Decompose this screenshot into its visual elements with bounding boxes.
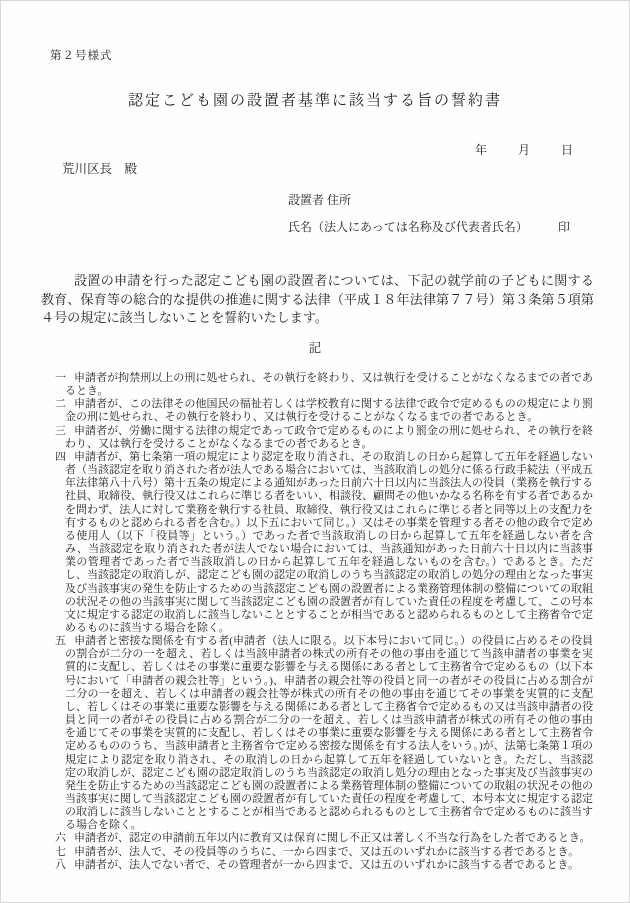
- item-number: 六: [55, 832, 66, 844]
- pledge-item-4: 四申請者が、第七条第一項の規定により認定を取り消され、その取消しの日から起算して…: [55, 451, 593, 635]
- item-text: 申請者が、法人で、その役員等のうちに、一から四まで、又は五のいずれかに該当する者…: [74, 846, 579, 858]
- item-text: 申請者が、この法律その他国民の福祉若しくは学校教育に関する法律で政令で定めるもの…: [65, 398, 593, 423]
- pledge-item-8: 八申請者が、法人でない者で、その管理者が一から四まで、又は五のいずれかに該当する…: [55, 859, 593, 872]
- item-number: 七: [55, 846, 66, 858]
- pledge-item-5: 五申請者と密接な関係を有する者(申請者（法人に限る。以下本号において同じ。）の役…: [55, 635, 593, 832]
- item-number: 一: [55, 372, 66, 384]
- date-year-label: 年: [475, 143, 487, 157]
- founder-name-row: 氏名（法人にあっては名称及び代表者氏名） 印: [288, 218, 630, 235]
- pledge-item-list: 一申請者が拘禁刑以上の刑に処せられ、その執行を終わり、又は執行を受けることがなく…: [55, 372, 593, 872]
- pledge-item-3: 三申請者が、労働に関する法律の規定であって政令で定めるものにより罰金の刑に処せら…: [55, 425, 593, 451]
- item-number: 五: [55, 635, 66, 647]
- seal-mark: 印: [558, 218, 570, 235]
- item-text: 申請者が、第七条第一項の規定により認定を取り消され、その取消しの日から起算して五…: [65, 451, 593, 634]
- pledge-item-2: 二申請者が、この法律その他国民の福祉若しくは学校教育に関する法律で政令で定めるも…: [55, 398, 593, 424]
- addressee: 荒川区長 殿: [62, 159, 137, 177]
- item-text: 申請者が、法人でない者で、その管理者が一から四まで、又は五のいずれかに該当する者…: [74, 859, 579, 871]
- pledge-item-6: 六申請者が、認定の申請前五年以内に教育又は保育に関し不正又は著しく不当な行為をし…: [55, 832, 593, 845]
- date-month-label: 月: [518, 143, 530, 157]
- item-text: 申請者と密接な関係を有する者(申請者（法人に限る。以下本号において同じ。）の役員…: [65, 635, 593, 831]
- item-text: 申請者が、認定の申請前五年以内に教育又は保育に関し不正又は著しく不当な行為をした…: [74, 832, 591, 844]
- item-number: 三: [55, 425, 66, 437]
- item-text: 申請者が、労働に関する法律の規定であって政令で定めるものにより罰金の刑に処せられ…: [65, 425, 593, 450]
- pledge-item-7: 七申請者が、法人で、その役員等のうちに、一から四まで、又は五のいずれかに該当する…: [55, 846, 593, 859]
- founder-address-label: 設置者 住所: [288, 191, 351, 208]
- page-title: 認定こども園の設置者基準に該当する旨の誓約書: [0, 89, 630, 110]
- item-number: 八: [55, 859, 66, 871]
- item-number: 二: [55, 398, 66, 410]
- form-number: 第２号様式: [50, 47, 113, 63]
- record-heading: 記: [0, 338, 630, 356]
- item-number: 四: [55, 451, 66, 463]
- pledge-body-paragraph: 設置の申請を行った認定こども園の設置者については、下記の就学前の子どもに関する教…: [41, 272, 594, 328]
- date-line: 年 月 日: [475, 141, 573, 158]
- document-page: 第２号様式 認定こども園の設置者基準に該当する旨の誓約書 年 月 日 荒川区長 …: [0, 0, 630, 903]
- item-text: 申請者が拘禁刑以上の刑に処せられ、その執行を終わり、又は執行を受けることがなくな…: [65, 372, 593, 397]
- pledge-item-1: 一申請者が拘禁刑以上の刑に処せられ、その執行を終わり、又は執行を受けることがなく…: [55, 372, 593, 398]
- date-day-label: 日: [561, 143, 573, 157]
- founder-name-label: 氏名（法人にあっては名称及び代表者氏名）: [288, 220, 528, 234]
